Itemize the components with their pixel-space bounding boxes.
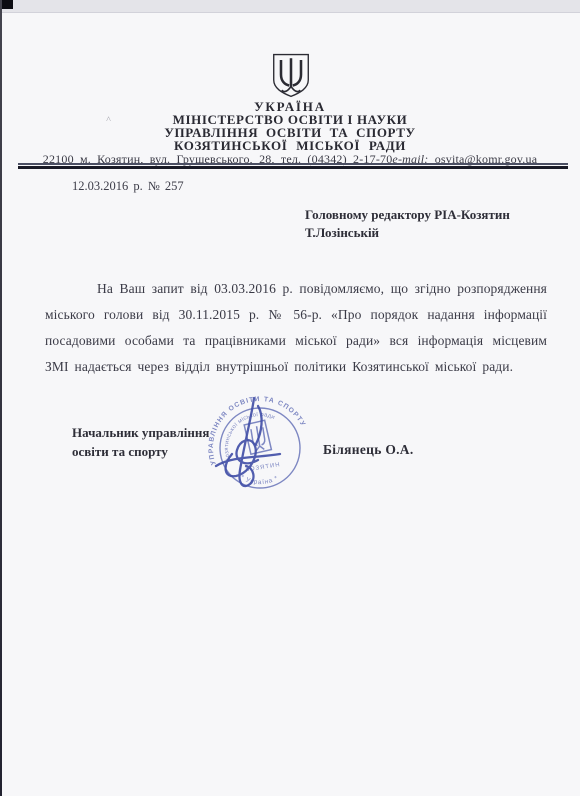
handwritten-signature-icon bbox=[212, 392, 300, 504]
signer-title-line2: освіти та спорту bbox=[72, 443, 209, 462]
signer-title: Начальник управління освіти та спорту bbox=[72, 424, 209, 461]
reference-date-number: 12.03.2016 р. № 257 bbox=[72, 179, 184, 194]
letterhead-council: КОЗЯТИНСЬКОЇ МІСЬКОЇ РАДИ bbox=[0, 139, 580, 152]
ukraine-trident-emblem-icon bbox=[271, 52, 311, 99]
signer-name: Білянець О.А. bbox=[323, 442, 414, 458]
letterhead-divider bbox=[18, 163, 568, 169]
recipient-line2: Т.Лозінській bbox=[305, 224, 510, 242]
divider-thin-line bbox=[18, 163, 568, 165]
recipient-line1: Головному редактору РІА-Козятин bbox=[305, 206, 510, 224]
scanned-letter-page: ˄ УКРАЇНА МІНІСТЕРСТВО ОСВІТИ І НАУКИ УП… bbox=[0, 0, 580, 796]
scan-top-band bbox=[0, 0, 580, 13]
signer-title-line1: Начальник управління bbox=[72, 424, 209, 443]
divider-thick-line bbox=[18, 166, 568, 169]
letter-body-paragraph: На Ваш запит від 03.03.2016 р. повідомля… bbox=[45, 276, 547, 380]
recipient-block: Головному редактору РІА-Козятин Т.Лозінс… bbox=[305, 206, 510, 242]
